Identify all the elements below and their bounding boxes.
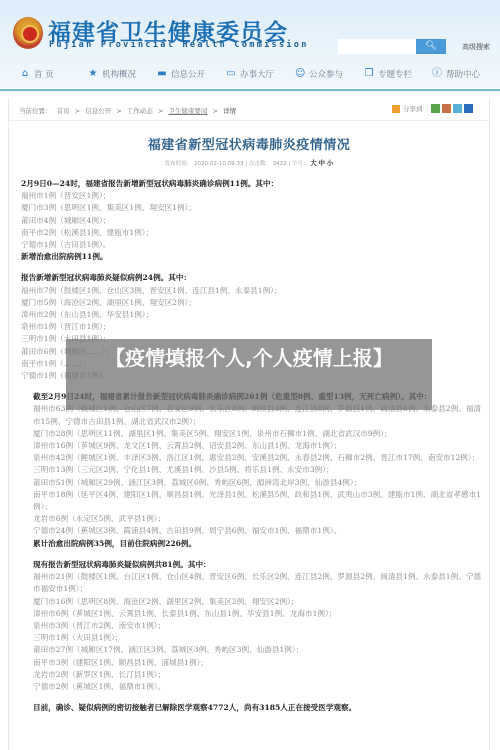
list-item: 南平市3例（建阳区1例、顺昌县1例、浦城县1例）；: [21, 657, 481, 669]
article-meta: 发布时间： 2020-02-10 09:33 | 点击数： 3422 | 字号：…: [9, 158, 489, 167]
list-item: 漳州市2例（东山县1例、华安县1例）；: [21, 309, 481, 321]
breadcrumb: 当前位置： 首页 > 信息公开 > 工作动态 > 卫生健康要闻 > 详情: [19, 106, 239, 115]
list-item: 泉州市3例（晋江市2例、南安市1例）；: [21, 620, 481, 632]
list-item: 漳州市16例（芗城区9例、龙文区1例、云霄县2例、诏安县2例、东山县1例、龙海市…: [21, 440, 481, 452]
article-body: 2月9日0—24时，福建省报告新增新型冠状病毒肺炎确诊病例11例。其中： 福州市…: [21, 178, 481, 714]
title-overlay-banner: 【疫情填报个人,个人疫情上报】: [66, 339, 432, 410]
section-heading: 2月9日0—24时，福建省报告新增新型冠状病毒肺炎确诊病例11例。其中：: [21, 178, 481, 190]
chat-icon: ❐: [364, 69, 374, 79]
monitor-icon: ▭: [226, 69, 236, 79]
national-emblem-logo: [13, 17, 43, 49]
main-nav: ⌂ 首 页 ★ 机构概况 ▬ 信息公开 ▭ 办事大厅 ☺ 公众参与 ❐ 专题专栏…: [0, 64, 500, 86]
list-item: 南平市2例（松溪县1例、建瓯市1例）；: [21, 227, 481, 239]
search-button[interactable]: 🔍︎: [416, 39, 446, 54]
list-item: 莆田市27例（城厢区17例、涵江区3例、荔城区3例、秀屿区3例、仙游县1例）；: [21, 644, 481, 656]
list-item: 福州市21例（鼓楼区1例、台江区1例、仓山区4例、晋安区6例、长乐区2例、连江县…: [21, 571, 481, 595]
nav-item-public-participation[interactable]: ☺ 公众参与: [295, 68, 343, 80]
list-item: 泉州市42例（鲤城区1例、丰泽区3例、洛江区1例、惠安县2例、安溪县2例、永春县…: [21, 452, 481, 464]
list-item: 宁德市2例（蕉城区1例、福鼎市1例）。: [21, 681, 481, 693]
nav-item-home[interactable]: ⌂ 首 页: [20, 68, 54, 80]
list-item: 福州市7例（鼓楼区1例、仓山区3例、晋安区1例、连江县1例、永泰县1例）；: [21, 285, 481, 297]
article-title: 福建省新型冠状病毒肺炎疫情情况: [9, 134, 489, 153]
list-item: 宁德市1例（古田县1例）。: [21, 239, 481, 251]
view-count: 3422: [273, 161, 287, 167]
list-item: 厦门市3例（思明区1例、集美区1例、翔安区1例）；: [21, 202, 481, 214]
folder-icon: ▬: [157, 69, 167, 79]
nav-item-about[interactable]: ★ 机构概况: [88, 68, 136, 80]
site-header: 福建省卫生健康委员会 Fujian Provincial Health Comm…: [0, 0, 500, 92]
section-footer: 新增治愈出院病例11例。: [21, 251, 481, 263]
breadcrumb-home[interactable]: 首页: [57, 107, 70, 115]
article-container: 当前位置： 首页 > 信息公开 > 工作动态 > 卫生健康要闻 > 详情 分享到…: [8, 98, 490, 750]
people-icon: ☺: [295, 69, 305, 79]
section-footer: 累计治愈出院病例35例，目前住院病例226例。: [21, 538, 481, 550]
share-plus-icon[interactable]: [392, 105, 400, 113]
list-item: 厦门市28例（思明区11例、湖里区1例、集美区5例、翔安区1例、泉州市石狮市1例…: [21, 428, 481, 440]
home-icon: ⌂: [20, 69, 30, 79]
header-divider: [0, 89, 500, 91]
list-item: 南平市18例（延平区4例、建阳区1例、顺昌县1例、光泽县1例、松溪县5例、政和县…: [21, 489, 481, 513]
breadcrumb-info-disclosure[interactable]: 信息公开: [85, 107, 111, 115]
qzone-share-icon[interactable]: [453, 104, 462, 113]
search-icon: 🔍︎: [425, 41, 436, 51]
list-item: 厦门市16例（思明区8例、海沧区2例、湖里区2例、集美区2例、翔安区2例）；: [21, 596, 481, 608]
advanced-search-link[interactable]: 高级搜索: [462, 42, 490, 52]
closing-paragraph: 目前，确诊、疑似病例的密切接触者已解除医学观察4772人，尚有3185人正在接受…: [21, 702, 481, 714]
list-item: 厦门市5例（海沧区2例、湖里区1例、翔安区2例）；: [21, 297, 481, 309]
search-input[interactable]: [338, 39, 416, 54]
list-item: 龙岩市2例（新罗区1例、长汀县1例）；: [21, 669, 481, 681]
wechat-share-icon[interactable]: [431, 104, 440, 113]
share-bar: 分享到：: [392, 104, 473, 113]
list-item: 三明市13例（三元区2例、宁化县1例、尤溪县1例、沙县5例、将乐县1例、永安市3…: [21, 464, 481, 476]
help-icon: ⓘ: [432, 69, 442, 79]
list-item: 龙岩市6例（永定区5例、武平县1例）；: [21, 513, 481, 525]
site-subtitle: Fujian Provincial Health Commission: [49, 40, 309, 50]
list-item: 福州市1例（晋安区1例）；: [21, 190, 481, 202]
nav-item-info-disclosure[interactable]: ▬ 信息公开: [157, 68, 205, 80]
renren-share-icon[interactable]: [464, 104, 473, 113]
nav-item-help-center[interactable]: ⓘ 帮助中心: [432, 68, 480, 80]
list-item: 泉州市1例（晋江市1例）；: [21, 321, 481, 333]
list-item: 三明市1例（大田县1例）；: [21, 632, 481, 644]
section-heading: 现有报告新型冠状病毒肺炎疑似病例共81例。其中：: [21, 559, 481, 571]
font-size-small[interactable]: 小: [327, 159, 334, 167]
star-icon: ★: [88, 69, 98, 79]
publish-time: 2020-02-10 09:33: [194, 161, 244, 167]
list-item: 莆田市4例（城厢区4例）；: [21, 215, 481, 227]
breadcrumb-health-news[interactable]: 卫生健康要闻: [168, 107, 207, 115]
weibo-share-icon[interactable]: [442, 104, 451, 113]
list-item: 莆田市51例（城厢区29例、涵江区3例、荔城区6例、秀屿区6例、湄洲湾北岸3例、…: [21, 477, 481, 489]
breadcrumb-current: 详情: [223, 107, 236, 115]
breadcrumb-divider: [9, 120, 489, 121]
font-size-medium[interactable]: 中: [319, 159, 326, 167]
nav-item-service-hall[interactable]: ▭ 办事大厅: [226, 68, 274, 80]
section-heading: 报告新增新型冠状病毒肺炎疑似病例24例。其中：: [21, 272, 481, 284]
nav-item-special-topics[interactable]: ❐ 专题专栏: [364, 68, 412, 80]
list-item: 宁德市24例（蕉城区3例、霞浦县4例、古田县9例、周宁县6例、福安市1例、福鼎市…: [21, 525, 481, 537]
breadcrumb-work-news[interactable]: 工作动态: [127, 107, 153, 115]
font-size-large[interactable]: 大: [310, 159, 317, 167]
list-item: 漳州市6例（芗城区1例、云霄县1例、长泰县1例、东山县1例、华安县1例、龙海市1…: [21, 608, 481, 620]
